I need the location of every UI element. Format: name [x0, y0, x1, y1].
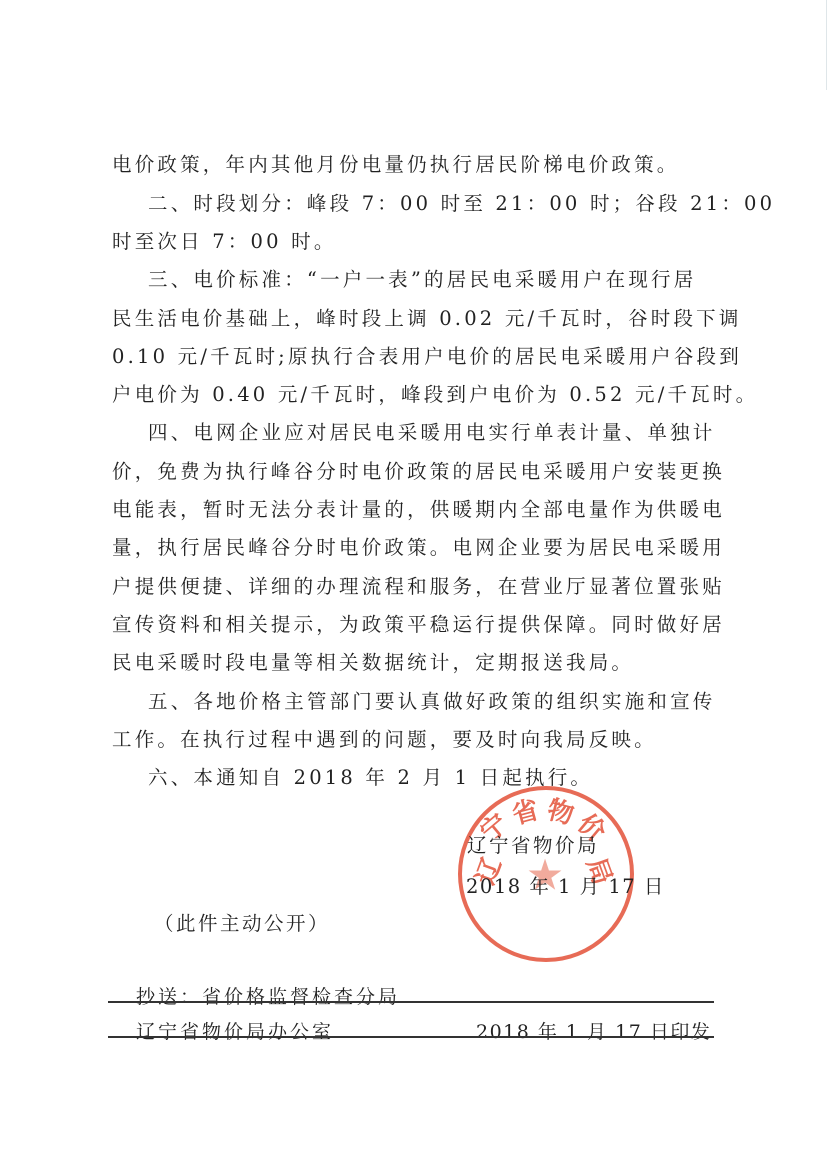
paragraph-line: 价，免费为执行峰谷分时电价政策的居民电采暖用户安装更换: [112, 460, 712, 484]
seal-char: 省: [508, 789, 543, 831]
disclosure-note: （此件主动公开）: [154, 908, 330, 936]
paragraph-line: 六、本通知自 2018 年 2 月 1 日起执行。: [148, 766, 748, 790]
paragraph-line: 宣传资料和相关提示，为政策平稳运行提供保障。同时做好居: [112, 613, 712, 637]
page-edge: [826, 0, 827, 90]
paragraph-line: 电价政策，年内其他月份电量仍执行居民阶梯电价政策。: [112, 153, 712, 177]
signature-org: 辽宁省物价局: [467, 830, 599, 858]
paragraph-line: 民生活电价基础上，峰时段上调 0.02 元/千瓦时，谷时段下调: [112, 307, 712, 331]
paragraph-line: 三、电价标准：“一户一表”的居民电采暖用户在现行居: [148, 268, 748, 292]
paragraph-line: 四、电网企业应对居民电采暖用电实行单表计量、单独计: [148, 421, 748, 445]
issue-date: 2018 年 1 月 17 日印发: [476, 1017, 711, 1044]
cc-line: 抄送：省价格监督检查分局: [136, 982, 400, 1009]
paragraph-line: 工作。在执行过程中遇到的问题，要及时向我局反映。: [112, 728, 712, 752]
paragraph-line: 0.10 元/千瓦时;原执行合表用户电价的居民电采暖用户谷段到: [112, 345, 712, 369]
issuer-office: 辽宁省物价局办公室: [136, 1017, 334, 1044]
paragraph-line: 量，执行居民峰谷分时电价政策。电网企业要为居民电采暖用: [112, 536, 712, 560]
paragraph-line: 户提供便捷、详细的办理流程和服务，在营业厅显著位置张贴: [112, 575, 712, 599]
footer-rule-top: [108, 1001, 714, 1003]
seal-char: 物: [544, 789, 579, 831]
paragraph-line: 电能表，暂时无法分表计量的，供暖期内全部电量作为供暖电: [112, 498, 712, 522]
paragraph-line: 时至次日 7：00 时。: [112, 230, 712, 254]
paragraph-line: 二、时段划分：峰段 7：00 时至 21：00 时；谷段 21：00: [148, 192, 748, 216]
paragraph-line: 户电价为 0.40 元/千瓦时，峰段到户电价为 0.52 元/千瓦时。: [112, 383, 712, 407]
signature-date: 2018 年 1 月 17 日: [466, 871, 665, 899]
paragraph-line: 民电采暖时段电量等相关数据统计，定期报送我局。: [112, 651, 712, 675]
footer-rule-bottom: [108, 1036, 714, 1038]
paragraph-line: 五、各地价格主管部门要认真做好政策的组织实施和宣传: [148, 690, 748, 714]
